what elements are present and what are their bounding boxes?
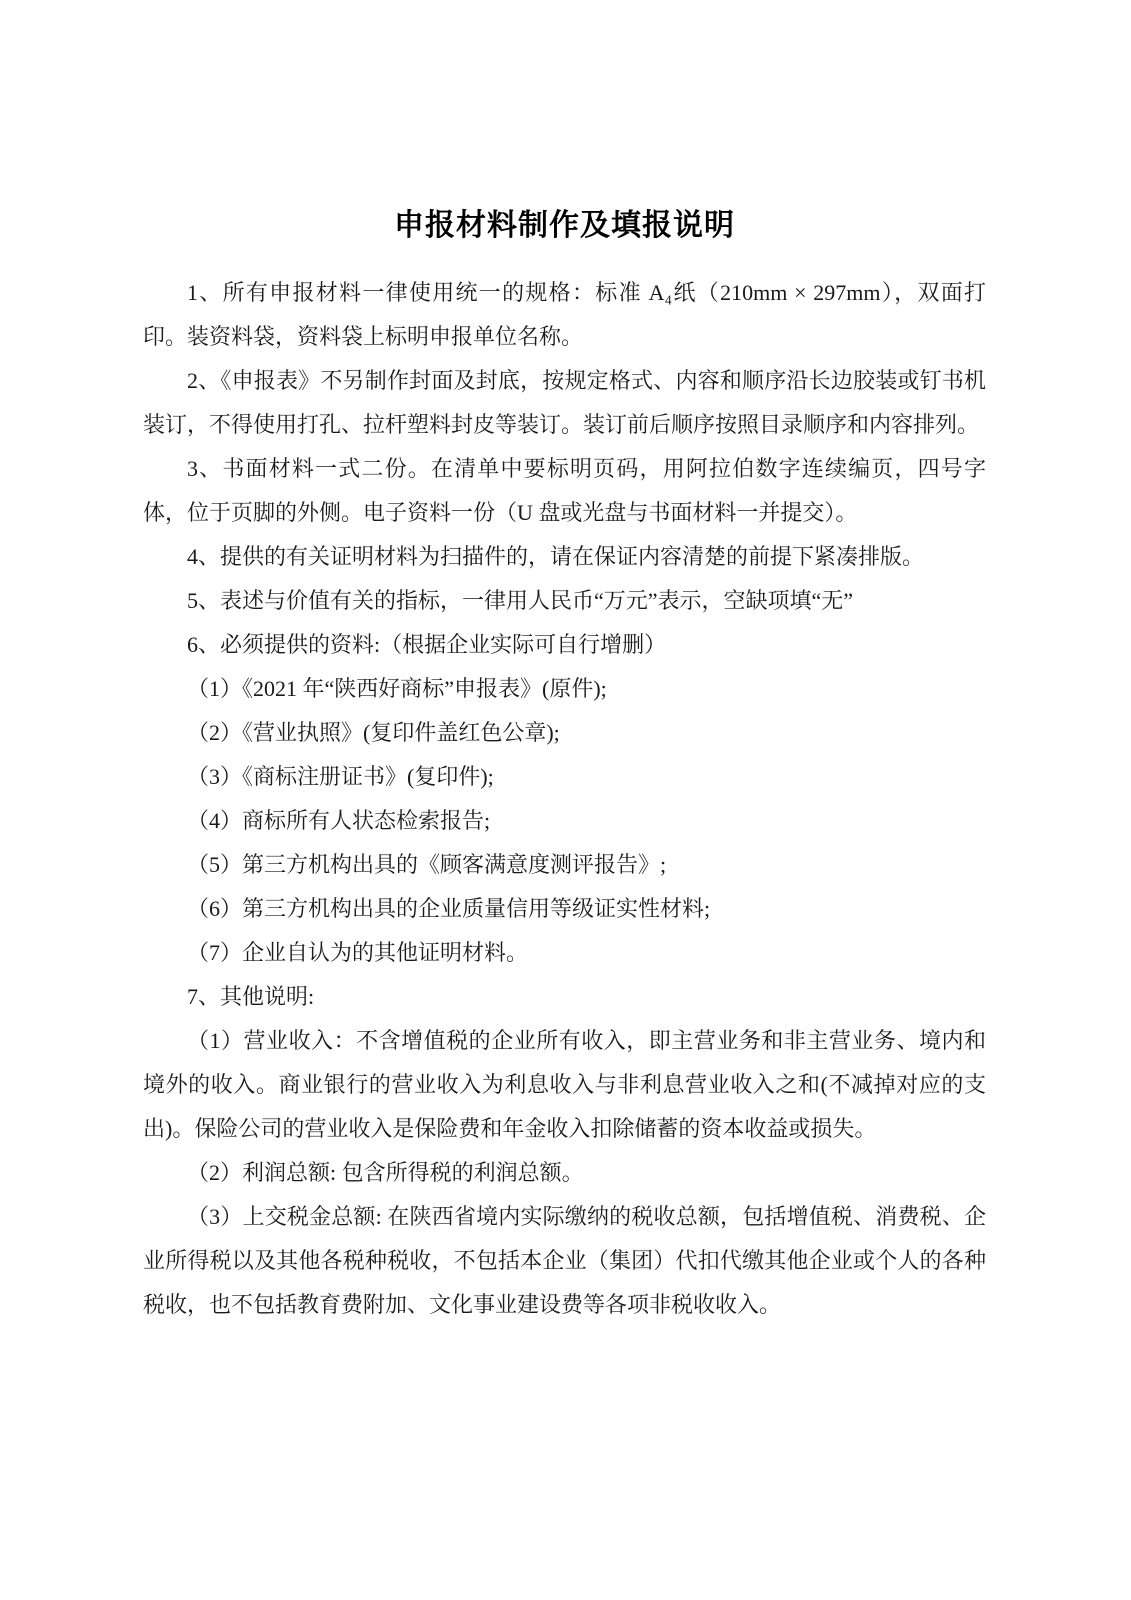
paragraph: （1）《2021 年“陕西好商标”申报表》(原件); — [143, 667, 986, 711]
paragraph: （6）第三方机构出具的企业质量信用等级证实性材料; — [143, 887, 986, 931]
document-body: 1、所有申报材料一律使用统一的规格：标准 A₄纸（210mm × 297mm），… — [143, 271, 986, 1327]
paragraph: 5、表述与价值有关的指标，一律用人民币“万元”表示，空缺项填“无” — [143, 579, 986, 623]
document-title: 申报材料制作及填报说明 — [143, 0, 986, 244]
paragraph: （3）上交税金总额: 在陕西省境内实际缴纳的税收总额，包括增值税、消费税、企业所… — [143, 1195, 986, 1327]
paragraph: （2）利润总额: 包含所得税的利润总额。 — [143, 1151, 986, 1195]
paragraph: 1、所有申报材料一律使用统一的规格：标准 A₄纸（210mm × 297mm），… — [143, 271, 986, 359]
paragraph: （5）第三方机构出具的《顾客满意度测评报告》; — [143, 843, 986, 887]
paragraph: 2、《申报表》不另制作封面及封底，按规定格式、内容和顺序沿长边胶装或钉书机装订，… — [143, 359, 986, 447]
paragraph: （3）《商标注册证书》(复印件); — [143, 755, 986, 799]
paragraph: 6、必须提供的资料:（根据企业实际可自行增删） — [143, 623, 986, 667]
paragraph: 3、书面材料一式二份。在清单中要标明页码，用阿拉伯数字连续编页，四号字体，位于页… — [143, 447, 986, 535]
paragraph: （7）企业自认为的其他证明材料。 — [143, 931, 986, 975]
paragraph: 4、提供的有关证明材料为扫描件的，请在保证内容清楚的前提下紧凑排版。 — [143, 535, 986, 579]
paragraph: （2）《营业执照》(复印件盖红色公章); — [143, 711, 986, 755]
paragraph: （4）商标所有人状态检索报告; — [143, 799, 986, 843]
paragraph: 7、其他说明: — [143, 975, 986, 1019]
paragraph: （1）营业收入：不含增值税的企业所有收入，即主营业务和非主营业务、境内和境外的收… — [143, 1019, 986, 1151]
document-content: 申报材料制作及填报说明 1、所有申报材料一律使用统一的规格：标准 A₄纸（210… — [143, 0, 986, 1327]
document-page: 申报材料制作及填报说明 1、所有申报材料一律使用统一的规格：标准 A₄纸（210… — [0, 0, 1131, 1600]
